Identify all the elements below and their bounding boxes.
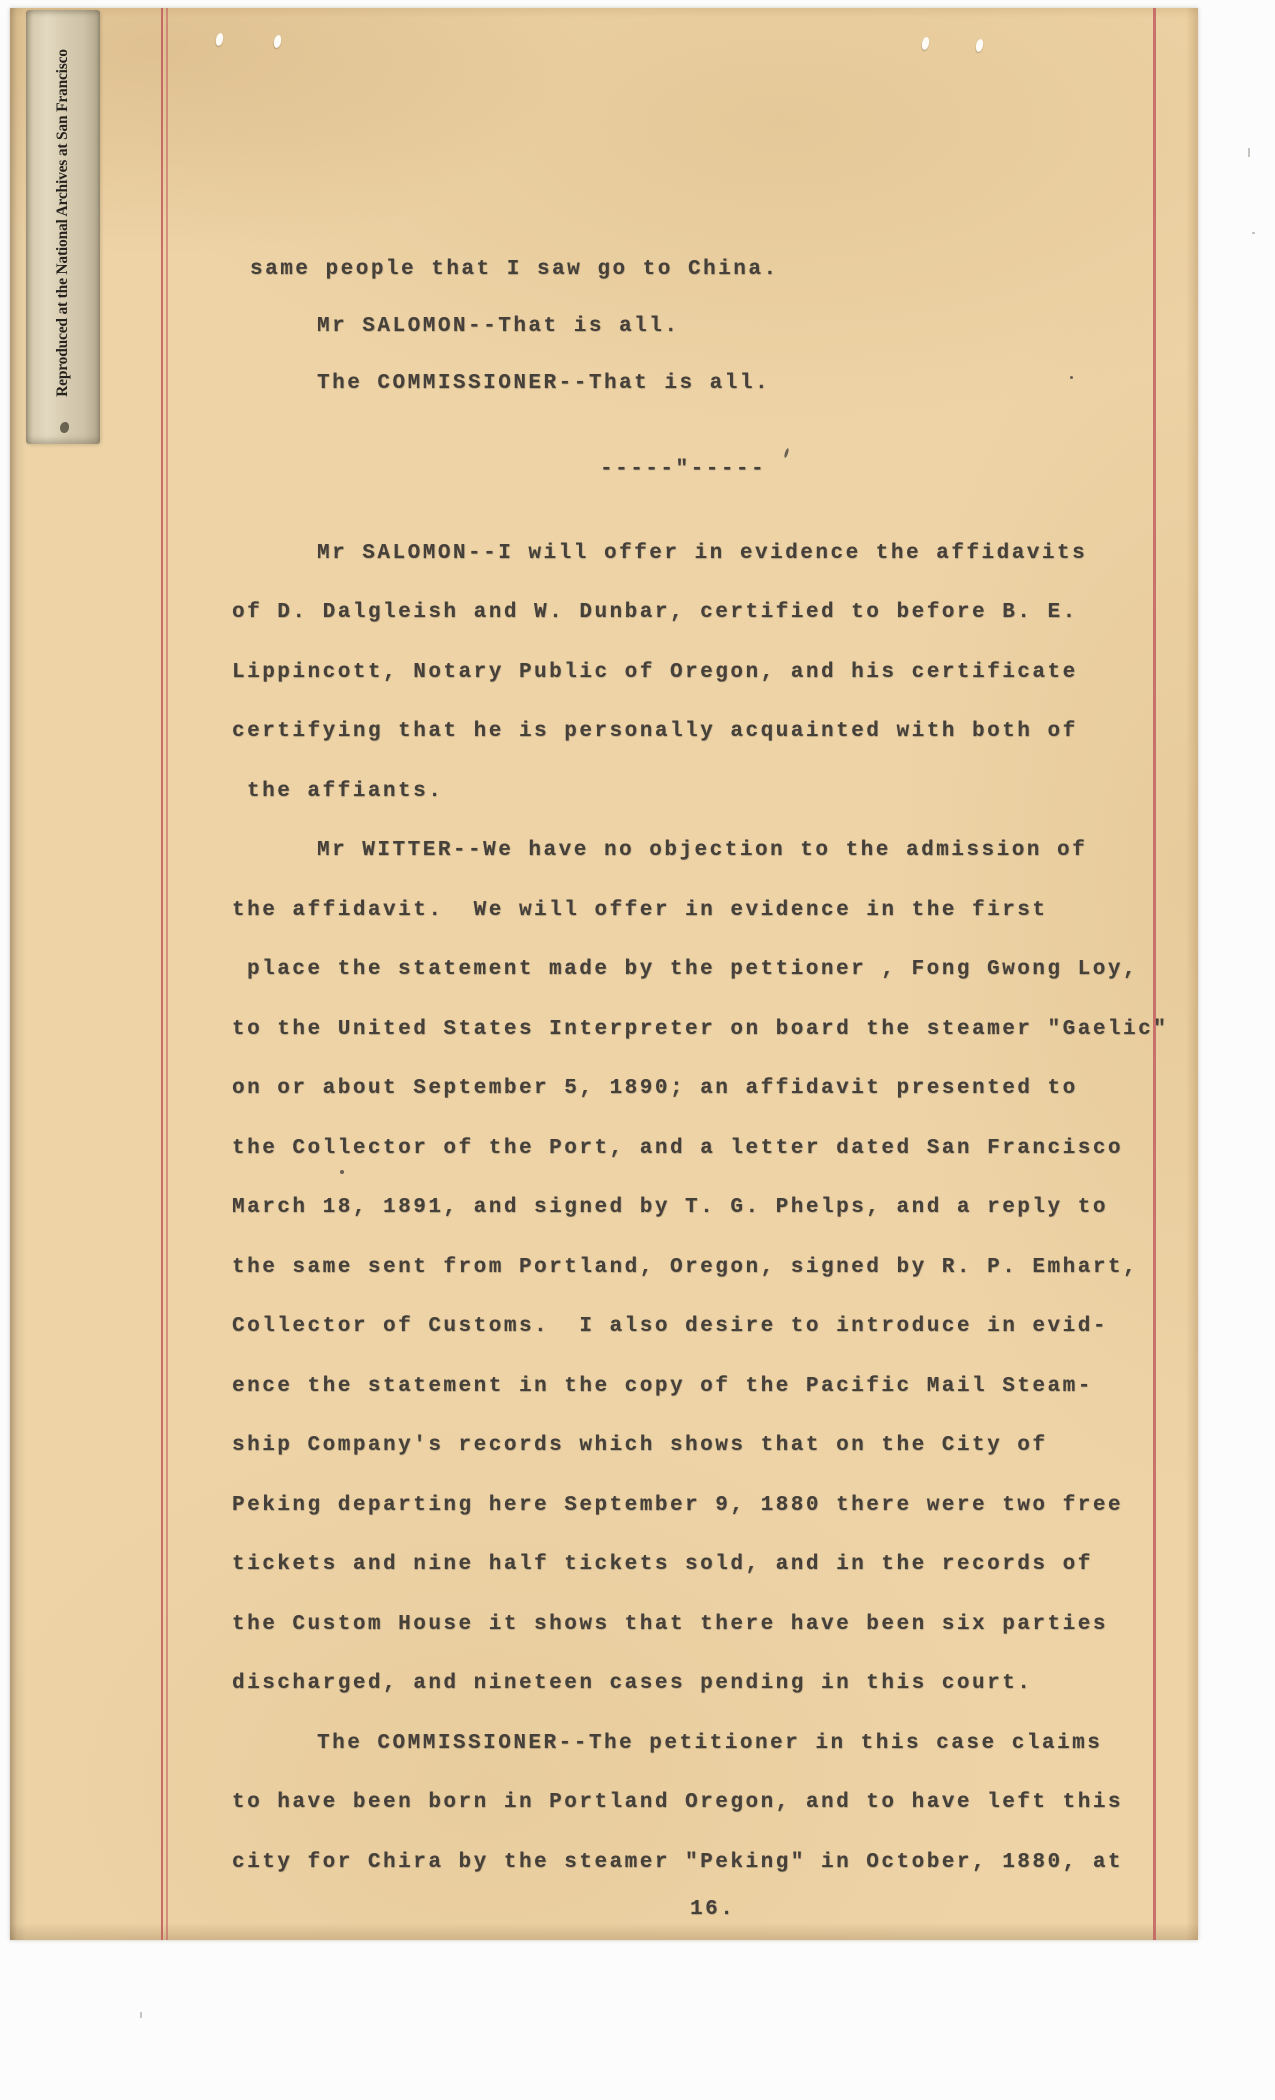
typed-line: The COMMISSIONER--The petitioner in this… [317,1732,1102,1756]
typed-line: the same sent from Portland, Oregon, sig… [232,1256,1138,1280]
typed-line: Mr WITTER--We have no objection to the a… [317,839,1087,863]
ink-speck [340,1170,344,1174]
typed-line: the Custom House it shows that there hav… [232,1613,1108,1637]
typed-line: -----"----- [600,458,766,482]
typed-line: to the United States Interpreter on boar… [232,1018,1168,1042]
typed-line: The COMMISSIONER--That is all. [317,372,770,396]
typed-line: ship Company's records which shows that … [232,1434,1048,1458]
document-page: Reproduced at the National Archives at S… [10,8,1198,1940]
typed-line: Peking departing here September 9, 1880 … [232,1494,1123,1518]
typed-line: the affiants. [247,780,443,804]
typed-line: the Collector of the Port, and a letter … [232,1137,1123,1161]
typed-line: to have been born in Portland Oregon, an… [232,1791,1123,1815]
typed-line: discharged, and nineteen cases pending i… [232,1672,1032,1696]
typed-line: of D. Dalgleish and W. Dunbar, certified… [232,601,1078,625]
typed-line: place the statement made by the pettione… [247,958,1138,982]
typed-line: city for Chira by the steamer "Peking" i… [232,1851,1123,1875]
typed-line: Mr SALOMON--That is all. [317,315,679,339]
ink-speck [1070,376,1073,379]
typed-line: Collector of Customs. I also desire to i… [232,1315,1108,1339]
scan-canvas: Reproduced at the National Archives at S… [0,0,1275,2100]
typed-line: Mr SALOMON--I will offer in evidence the… [317,542,1087,566]
typed-text-layer: same people that I saw go to China.Mr SA… [10,8,1198,1940]
typed-line: March 18, 1891, and signed by T. G. Phel… [232,1196,1108,1220]
scan-noise-speck [140,2012,142,2018]
typed-line: certifying that he is personally acquain… [232,720,1078,744]
page-number: 16. [690,1898,735,1921]
typed-line: same people that I saw go to China. [250,258,779,282]
scan-noise-speck [1248,148,1250,157]
typed-line: on or about September 5, 1890; an affida… [232,1077,1078,1101]
typed-line: Lippincott, Notary Public of Oregon, and… [232,661,1078,685]
scan-noise-speck [1252,232,1255,234]
typed-line: the affidavit. We will offer in evidence… [232,899,1048,923]
typed-line: tickets and nine half tickets sold, and … [232,1553,1093,1577]
typed-line: ence the statement in the copy of the Pa… [232,1375,1093,1399]
